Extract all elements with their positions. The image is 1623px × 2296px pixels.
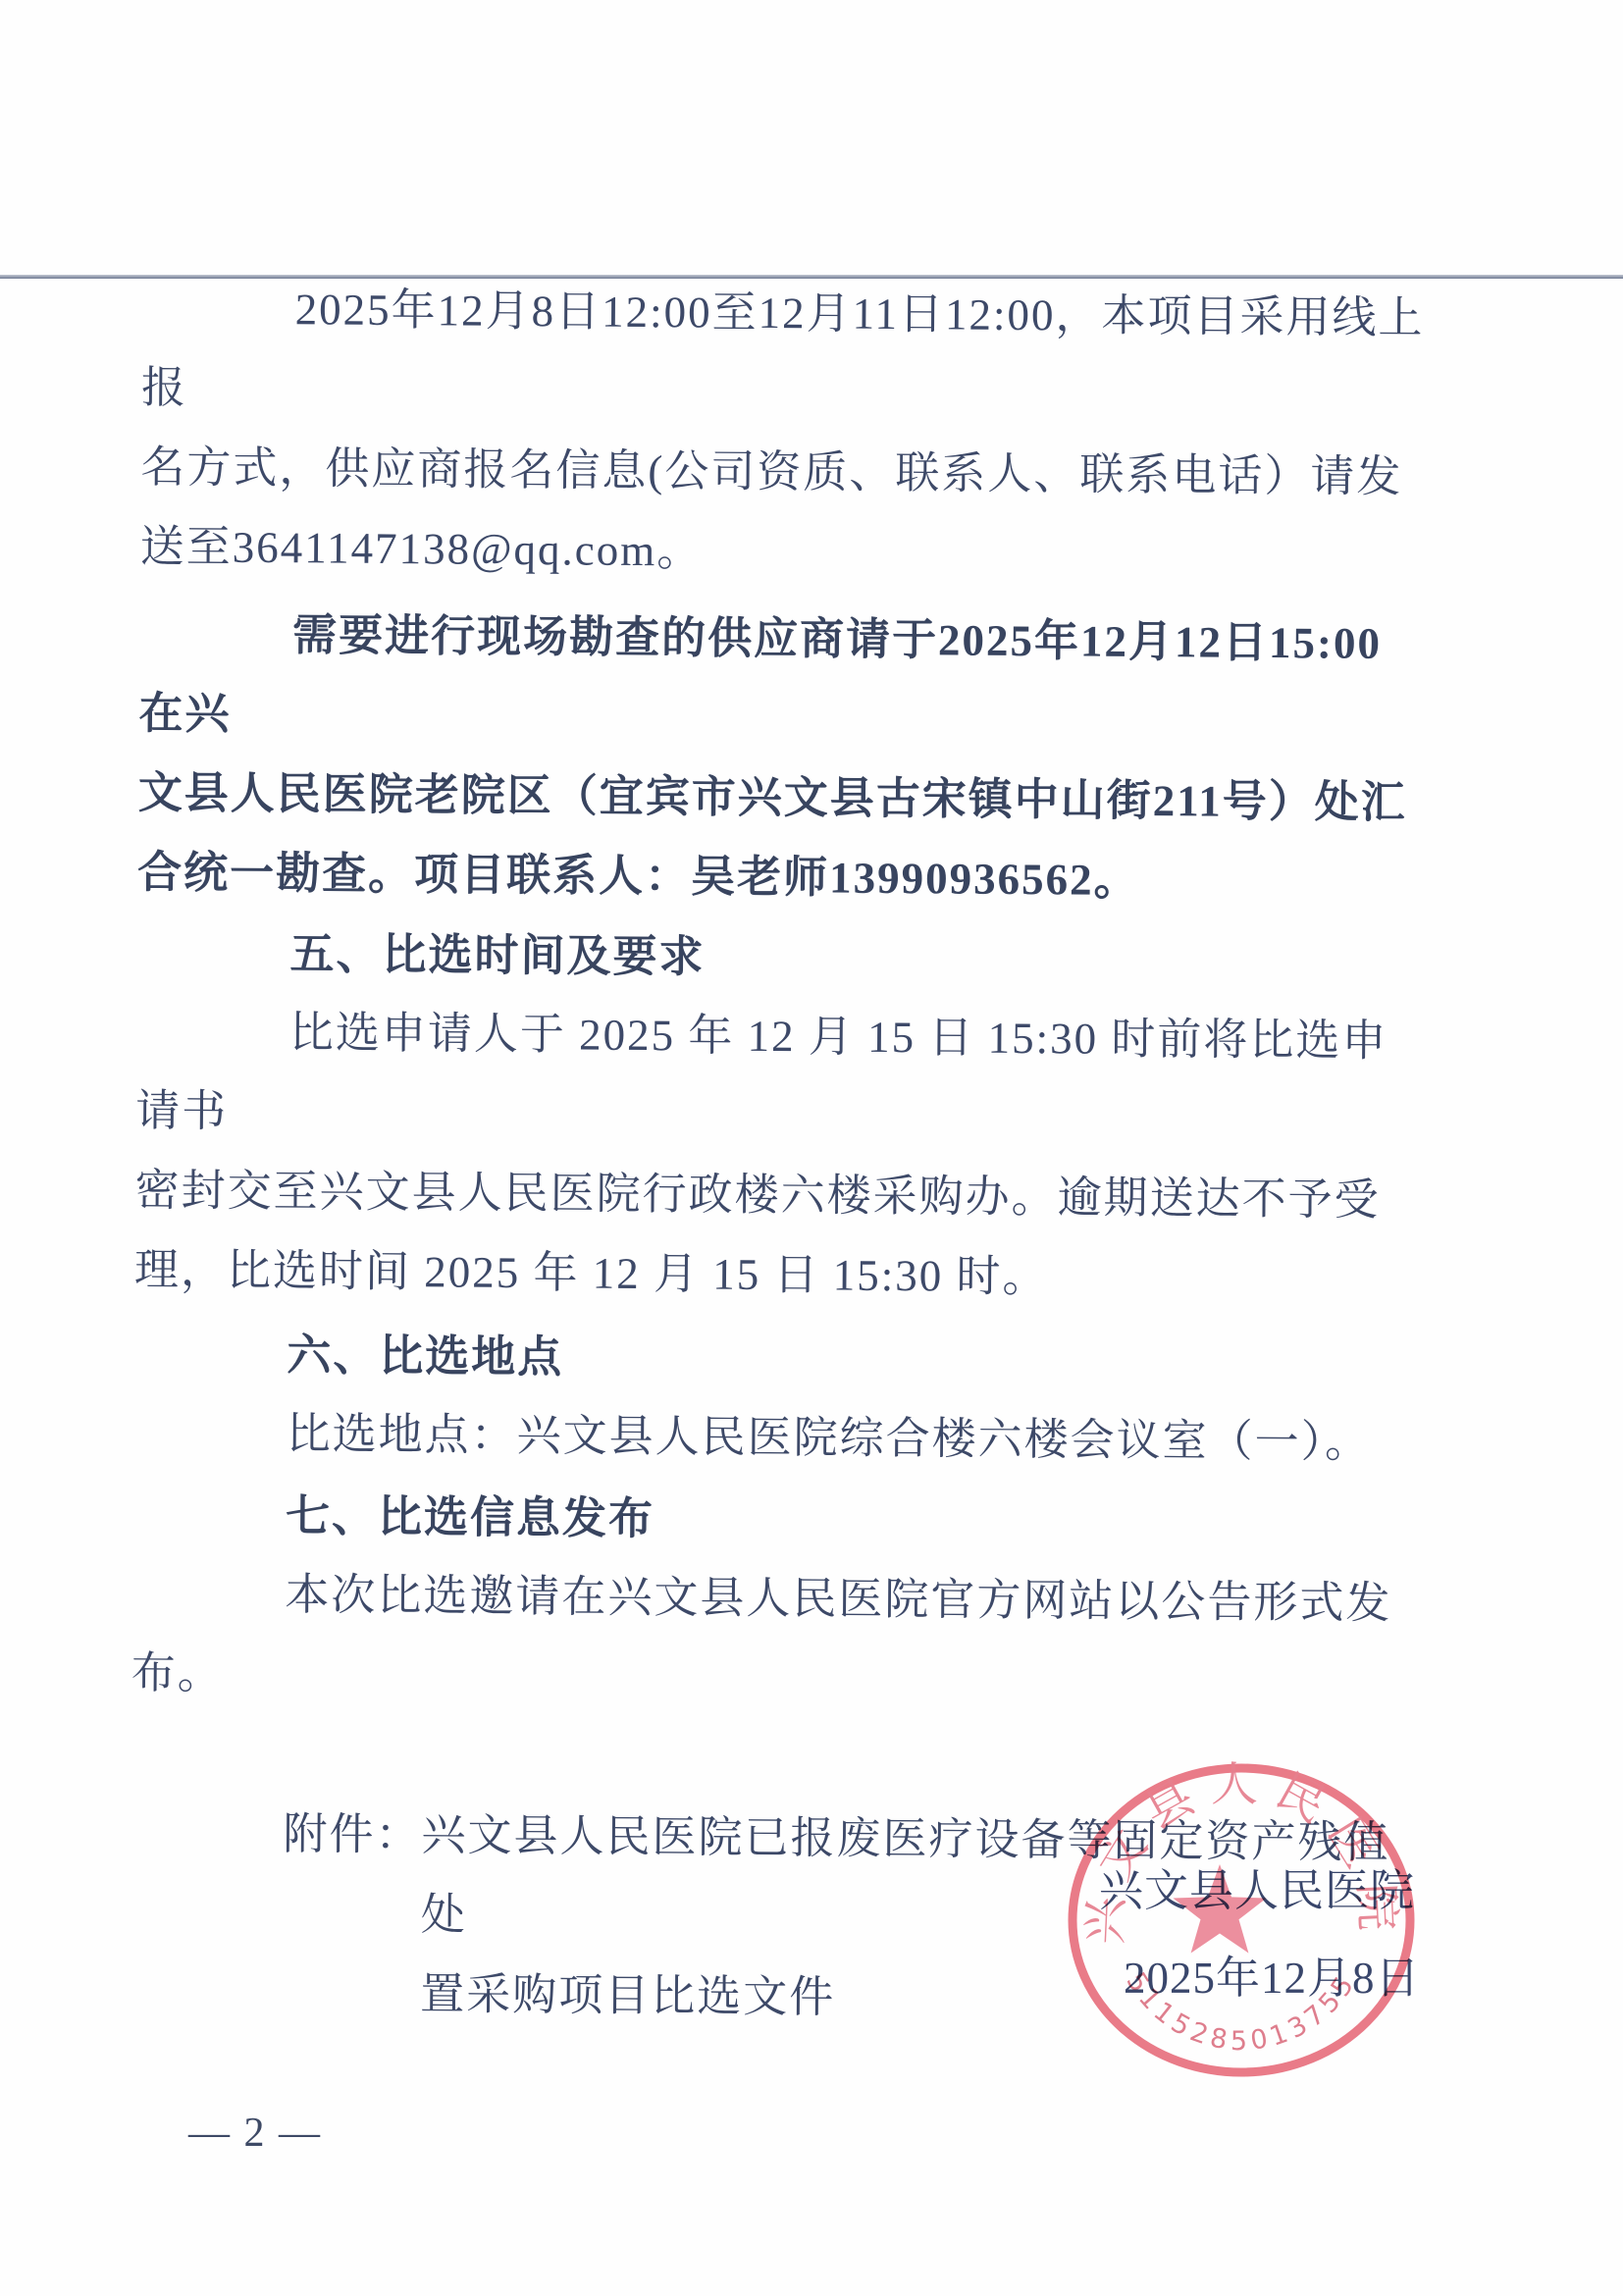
page-number: — 2 — (188, 2110, 322, 2157)
heading-section-6-location: 六、比选地点 (287, 1315, 1422, 1403)
heading-section-5-time-requirements: 五、比选时间及要求 (289, 913, 1425, 1002)
signature-org: 兴文县人民医院 (1099, 1865, 1415, 1916)
official-seal: 兴文县人民医院 5115285013755 (1060, 1754, 1425, 2084)
paragraph-selection-location: 比选地点：兴文县人民医院综合楼六楼会议室（一）。 (132, 1393, 1421, 1483)
paragraph-site-survey: 需要进行现场勘查的供应商请于2025年12月12日15:00在兴 文县人民医院老… (137, 595, 1428, 922)
signature-date: 2025年12月8日 (1124, 1953, 1421, 2004)
paragraph-submission-deadline: 比选申请人于 2025 年 12 月 15 日 15:30 时前将比选申请书 密… (134, 992, 1425, 1320)
document-page: 2025年12月8日12:00至12月11日12:00，本项目采用线上报 名方式… (0, 0, 1623, 2296)
paragraph-online-registration: 2025年12月8日12:00至12月11日12:00，本项目采用线上报 名方式… (139, 269, 1430, 597)
heading-section-7-info-release: 七、比选信息发布 (286, 1476, 1421, 1564)
paragraph-announcement-publish: 本次比选邀请在兴文县人民医院官方网站以公告形式发布。 (131, 1554, 1419, 1723)
attachment-label: 附件： (283, 1795, 422, 1875)
